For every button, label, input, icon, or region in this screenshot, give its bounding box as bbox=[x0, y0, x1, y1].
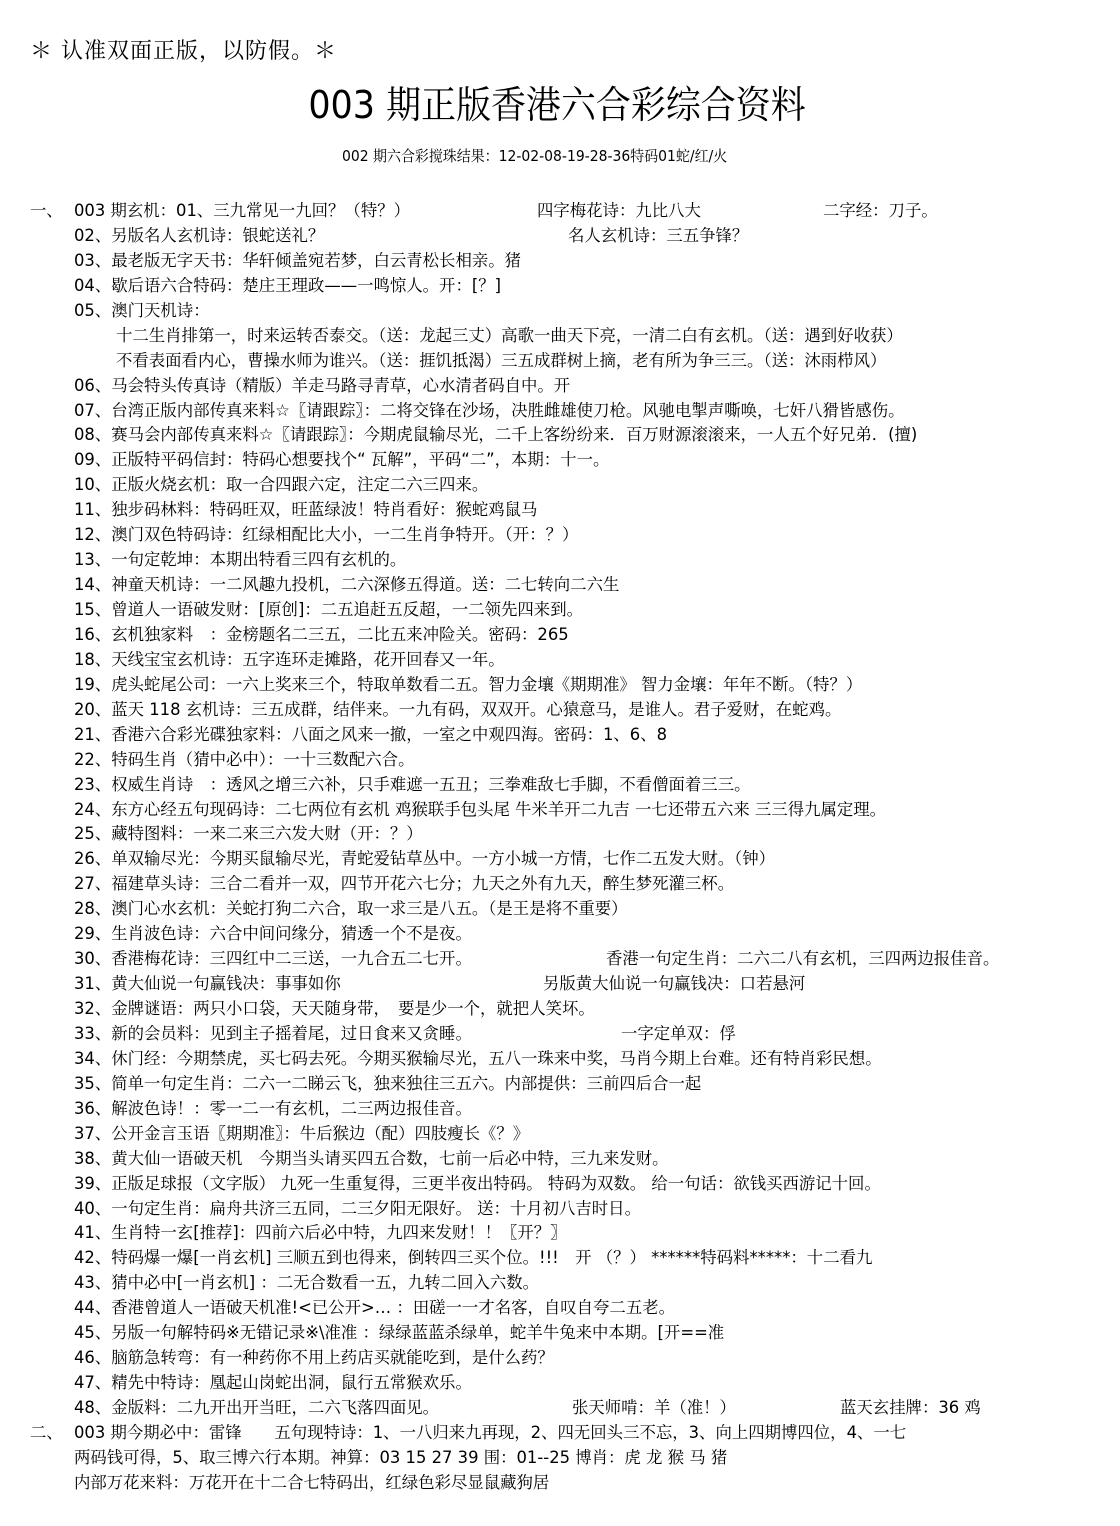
item-text: 26、单双输尽光：今期买鼠输尽光，青蛇爱钻草丛中。一方小城一方情，七作二五发大财… bbox=[74, 847, 775, 872]
list-item: 34、休门经：今期禁虎，买七码去死。今期买猴输尽光，五八一珠来中奖，马肖今期上台… bbox=[0, 1047, 1120, 1072]
list-item: 36、解波色诗！：零一二一有玄机，二三两边报佳音。 bbox=[0, 1097, 1120, 1122]
item-text: 20、蓝天 118 玄机诗：三五成群，结伴来。一九有码，双双开。心猿意马，是谁人… bbox=[74, 698, 841, 723]
list-item: 48、金版料：二九开出开当旺，二六飞落四面见。张天师啃：羊（准！）蓝天玄挂牌：3… bbox=[0, 1396, 1120, 1421]
item-text: 42、特码爆一爆[一肖玄机] 三顺五到也得来，倒转四三买个位。!!! 开 （？）… bbox=[74, 1246, 872, 1271]
list-item: 42、特码爆一爆[一肖玄机] 三顺五到也得来，倒转四三买个位。!!! 开 （？）… bbox=[0, 1246, 1120, 1271]
item-text: 36、解波色诗！：零一二一有玄机，二三两边报佳音。 bbox=[74, 1097, 472, 1122]
item-text: 45、另版一句解特码※无错记录※\准准 ：绿绿蓝蓝杀绿单，蛇羊牛兔来中本期。[开… bbox=[74, 1321, 724, 1346]
item-text: 32、金牌谜语：两只小口袋，天天随身带， 要是少一个，就把人笑坏。 bbox=[74, 997, 595, 1022]
list-item: 09、正版特平码信封：特码心想要找个“ 瓦解”，平码“二”，本期：十一。 bbox=[0, 448, 1120, 473]
list-item: 45、另版一句解特码※无错记录※\准准 ：绿绿蓝蓝杀绿单，蛇羊牛兔来中本期。[开… bbox=[0, 1321, 1120, 1346]
list-item: 11、独步码林料：特码旺双，旺蓝绿波！特肖看好：猴蛇鸡鼠马 bbox=[0, 498, 1120, 523]
item-text: 46、脑筋急转弯：有一种药你不用上药店买就能吃到，是什么药？ bbox=[74, 1346, 554, 1371]
list-item: 31、黄大仙说一句赢钱决：事事如你另版黄大仙说一句赢钱决：口若悬河 bbox=[0, 972, 1120, 997]
list-item: 23、权威生肖诗 ：透风之增三六补，只手难遮一五丑；三拳难敌七手脚，不看僧面着三… bbox=[0, 773, 1120, 798]
list-item: 41、生肖特一玄[推荐]：四前六后必中特，九四来发财！！〖开？〗 bbox=[0, 1221, 1120, 1246]
list-item: 28、澳门心水玄机：关蛇打狗二六合，取一求三是八五。（是王是将不重要） bbox=[0, 897, 1120, 922]
item-text: 41、生肖特一玄[推荐]：四前六后必中特，九四来发财！！〖开？〗 bbox=[74, 1221, 567, 1246]
section2-text: 内部万花来料：万花开在十二合七特码出，红绿色彩尽显鼠藏狗居 bbox=[74, 1471, 549, 1496]
list-item: 08、赛马会内部传真来料☆〖请跟踪〗：今期虎鼠输尽光，二千上客纷纷来．百万财源滚… bbox=[0, 423, 1120, 448]
list-item: 12、澳门双色特码诗：红绿相配比大小，一二生肖争特开。（开：？） bbox=[0, 523, 1120, 548]
list-item: 20、蓝天 118 玄机诗：三五成群，结伴来。一九有码，双双开。心猿意马，是谁人… bbox=[0, 698, 1120, 723]
section1-prefix: 一、 bbox=[30, 199, 63, 224]
item-text: 11、独步码林料：特码旺双，旺蓝绿波！特肖看好：猴蛇鸡鼠马 bbox=[74, 498, 537, 523]
section2-line: 两码钱可得，5、取三博六行本期。神算：03 15 27 39 围：01--25 … bbox=[0, 1446, 1120, 1471]
item-text: 18、天线宝宝玄机诗：五字连环走摊路，花开回春又一年。 bbox=[74, 648, 505, 673]
item-extra: 蓝天玄挂牌：36 鸡 bbox=[840, 1396, 981, 1421]
item-text: 47、精先中特诗：凰起山岗蛇出洞，鼠行五常猴欢乐。 bbox=[74, 1371, 472, 1396]
item-text: 27、福建草头诗：三合二看并一双，四节开花六七分；九天之外有九天，醉生梦死灌三杯… bbox=[74, 872, 734, 897]
list-item: 40、一句定生肖：扁舟共济三五同，二三夕阳无限好。 送：十月初八吉时日。 bbox=[0, 1197, 1120, 1222]
item-extra: 张天师啃：羊（准！） bbox=[572, 1396, 736, 1421]
item-text: 07、台湾正版内部传真来料☆〖请跟踪〗：二将交锋在沙场，决胜雌雄使刀枪。风驰电掣… bbox=[74, 399, 905, 424]
list-item: 04、歇后语六合特码：楚庄王理政——一鸣惊人。开：[？] bbox=[0, 274, 1120, 299]
item-text: 14、神童天机诗：一二风趣九投机，二六深修五得道。送：二七转向二六生 bbox=[74, 573, 619, 598]
list-item: 26、单双输尽光：今期买鼠输尽光，青蛇爱钻草丛中。一方小城一方情，七作二五发大财… bbox=[0, 847, 1120, 872]
list-item: 35、简单一句定生肖：二六一二睇云飞，独来独往三五六。内部提供：三前四后合一起 bbox=[0, 1072, 1120, 1097]
list-item: 03、最老版无字天书：华轩倾盖宛若梦，白云青松长相亲。猪 bbox=[0, 249, 1120, 274]
item-text: 03、最老版无字天书：华轩倾盖宛若梦，白云青松长相亲。猪 bbox=[74, 249, 521, 274]
item-text: 16、玄机独家料 ：金榜题名二三五，二比五来冲险关。密码：265 bbox=[74, 623, 569, 648]
item-extra: 名人玄机诗：三五争锋？ bbox=[568, 224, 748, 249]
list-item: 43、猜中必中[一肖玄机] ：二无合数看一五，九转二回入六数。 bbox=[0, 1271, 1120, 1296]
list-item: 47、精先中特诗：凰起山岗蛇出洞，鼠行五常猴欢乐。 bbox=[0, 1371, 1120, 1396]
list-item: 02、另版名人玄机诗：银蛇送礼？名人玄机诗：三五争锋？ bbox=[0, 224, 1120, 249]
item-text: 24、东方心经五句现码诗：二七两位有玄机 鸡猴联手包头尾 牛米羊开二九吉 一七还… bbox=[74, 798, 886, 823]
list-item: 13、一句定乾坤：本期出特看三四有玄机的。 bbox=[0, 548, 1120, 573]
item-text: 48、金版料：二九开出开当旺，二六飞落四面见。 bbox=[74, 1396, 439, 1421]
section2-line: 二、 003 期今期必中：雷锋 五句现特诗：1、一八归来九再现，2、四无回头三不… bbox=[0, 1421, 1120, 1446]
section1-first-line: 一、 003 期玄机：01、三九常见一九回？（特？） 四字梅花诗：九比八大 二字… bbox=[0, 199, 1120, 224]
section2-line: 内部万花来料：万花开在十二合七特码出，红绿色彩尽显鼠藏狗居 bbox=[0, 1471, 1120, 1496]
section1-items: 02、另版名人玄机诗：银蛇送礼？名人玄机诗：三五争锋？03、最老版无字天书：华轩… bbox=[0, 224, 1120, 1421]
section2-text: 003 期今期必中：雷锋 五句现特诗：1、一八归来九再现，2、四无回头三不忘，3… bbox=[74, 1421, 906, 1446]
item-text: 23、权威生肖诗 ：透风之增三六补，只手难遮一五丑；三拳难敌七手脚，不看僧面着三… bbox=[74, 773, 750, 798]
item-text: 35、简单一句定生肖：二六一二睇云飞，独来独往三五六。内部提供：三前四后合一起 bbox=[74, 1072, 701, 1097]
item-text: 15、曾道人一语破发财：[原创]：二五追赶五反超，一二领先四来到。 bbox=[74, 598, 583, 623]
page-title: 003 期正版香港六合彩综合资料 bbox=[42, 74, 1072, 129]
list-item: 21、香港六合彩光碟独家料：八面之风来一撤，一室之中观四海。密码：1、6、8 bbox=[0, 723, 1120, 748]
item-text: 02、另版名人玄机诗：银蛇送礼？ bbox=[74, 224, 324, 249]
last-draw-result: 002 期六合彩搅珠结果：12-02-08-19-28-36特码01蛇/红/火 bbox=[342, 145, 727, 166]
item-text: 不看表面看内心，曹操水师为谁兴。（送：捱饥抵渴）三五成群树上摘，老有所为争三三。… bbox=[116, 349, 886, 374]
item-text: 13、一句定乾坤：本期出特看三四有玄机的。 bbox=[74, 548, 406, 573]
item-text: 34、休门经：今期禁虎，买七码去死。今期买猴输尽光，五八一珠来中奖，马肖今期上台… bbox=[74, 1047, 882, 1072]
list-item: 14、神童天机诗：一二风趣九投机，二六深修五得道。送：二七转向二六生 bbox=[0, 573, 1120, 598]
item-text: 37、公开金言玉语〖期期准〗：牛后猴边（配）四肢瘦长《？》 bbox=[74, 1122, 529, 1147]
list-item: 37、公开金言玉语〖期期准〗：牛后猴边（配）四肢瘦长《？》 bbox=[0, 1122, 1120, 1147]
item-text: 22、特码生肖（猜中必中）：一十三数配六合。 bbox=[74, 748, 414, 773]
list-item: 44、香港曾道人一语破天机准!<已公开>… ：田磋一一才名客，自叹自夸二五老。 bbox=[0, 1296, 1120, 1321]
section2-text: 两码钱可得，5、取三博六行本期。神算：03 15 27 39 围：01--25 … bbox=[74, 1446, 727, 1471]
item-extra: 另版黄大仙说一句赢钱决：口若悬河 bbox=[543, 972, 805, 997]
list-item: 10、正版火烧玄机：取一合四跟六定，注定二六三四来。 bbox=[0, 473, 1120, 498]
list-item: 15、曾道人一语破发财：[原创]：二五追赶五反超，一二领先四来到。 bbox=[0, 598, 1120, 623]
list-item: 06、马会特头传真诗（精版）羊走马路寻青草，心水清者码自中。开 bbox=[0, 374, 1120, 399]
list-item: 39、正版足球报（文字版） 九死一生重复得，三更半夜出特码。 特码为双数。 给一… bbox=[0, 1172, 1120, 1197]
anti-counterfeit-notice: ＊ 认准双面正版，以防假。＊ bbox=[30, 34, 337, 65]
item-extra: 四字梅花诗：九比八大 bbox=[537, 199, 701, 224]
list-item: 十二生肖排第一，时来运转否泰交。（送：龙起三丈）高歌一曲天下亮，一清二白有玄机。… bbox=[0, 324, 1120, 349]
list-item: 07、台湾正版内部传真来料☆〖请跟踪〗：二将交锋在沙场，决胜雌雄使刀枪。风驰电掣… bbox=[0, 399, 1120, 424]
item-text: 003 期玄机：01、三九常见一九回？（特？） bbox=[74, 199, 410, 224]
section2-prefix: 二、 bbox=[30, 1421, 63, 1446]
item-text: 08、赛马会内部传真来料☆〖请跟踪〗：今期虎鼠输尽光，二千上客纷纷来．百万财源滚… bbox=[74, 423, 917, 448]
list-item: 46、脑筋急转弯：有一种药你不用上药店买就能吃到，是什么药？ bbox=[0, 1346, 1120, 1371]
list-item: 24、东方心经五句现码诗：二七两位有玄机 鸡猴联手包头尾 牛米羊开二九吉 一七还… bbox=[0, 798, 1120, 823]
item-text: 28、澳门心水玄机：关蛇打狗二六合，取一求三是八五。（是王是将不重要） bbox=[74, 897, 628, 922]
list-item: 19、虎头蛇尾公司：一六上奖来三个，特取单数看二五。智力金壤《期期准》 智力金壤… bbox=[0, 673, 1120, 698]
item-text: 06、马会特头传真诗（精版）羊走马路寻青草，心水清者码自中。开 bbox=[74, 374, 570, 399]
list-item: 32、金牌谜语：两只小口袋，天天随身带， 要是少一个，就把人笑坏。 bbox=[0, 997, 1120, 1022]
list-item: 29、生肖波色诗：六合中间问缘分，猜透一个不是夜。 bbox=[0, 922, 1120, 947]
item-text: 12、澳门双色特码诗：红绿相配比大小，一二生肖争特开。（开：？） bbox=[74, 523, 578, 548]
list-item: 18、天线宝宝玄机诗：五字连环走摊路，花开回春又一年。 bbox=[0, 648, 1120, 673]
item-text: 09、正版特平码信封：特码心想要找个“ 瓦解”，平码“二”，本期：十一。 bbox=[74, 448, 609, 473]
list-item: 27、福建草头诗：三合二看并一双，四节开花六七分；九天之外有九天，醉生梦死灌三杯… bbox=[0, 872, 1120, 897]
item-text: 33、新的会员料：见到主子摇着尾，过日食来又贪睡。 bbox=[74, 1022, 472, 1047]
item-text: 40、一句定生肖：扁舟共济三五同，二三夕阳无限好。 送：十月初八吉时日。 bbox=[74, 1197, 641, 1222]
content-body: 一、 003 期玄机：01、三九常见一九回？（特？） 四字梅花诗：九比八大 二字… bbox=[0, 199, 1120, 1496]
list-item: 22、特码生肖（猜中必中）：一十三数配六合。 bbox=[0, 748, 1120, 773]
item-extra: 二字经：刀子。 bbox=[823, 199, 938, 224]
item-text: 10、正版火烧玄机：取一合四跟六定，注定二六三四来。 bbox=[74, 473, 488, 498]
item-text: 29、生肖波色诗：六合中间问缘分，猜透一个不是夜。 bbox=[74, 922, 472, 947]
item-text: 21、香港六合彩光碟独家料：八面之风来一撤，一室之中观四海。密码：1、6、8 bbox=[74, 723, 667, 748]
list-item: 30、香港梅花诗：三四红中二三送，一九合五二七开。香港一句定生肖：二六二八有玄机… bbox=[0, 947, 1120, 972]
list-item: 05、澳门天机诗： bbox=[0, 299, 1120, 324]
list-item: 38、黄大仙一语破天机 今期当头请买四五合数，七前一后必中特，三九来发财。 bbox=[0, 1147, 1120, 1172]
item-text: 44、香港曾道人一语破天机准!<已公开>… ：田磋一一才名客，自叹自夸二五老。 bbox=[74, 1296, 675, 1321]
item-text: 31、黄大仙说一句赢钱决：事事如你 bbox=[74, 972, 341, 997]
item-text: 19、虎头蛇尾公司：一六上奖来三个，特取单数看二五。智力金壤《期期准》 智力金壤… bbox=[74, 673, 862, 698]
item-text: 30、香港梅花诗：三四红中二三送，一九合五二七开。 bbox=[74, 947, 472, 972]
item-text: 43、猜中必中[一肖玄机] ：二无合数看一五，九转二回入六数。 bbox=[74, 1271, 539, 1296]
item-text: 十二生肖排第一，时来运转否泰交。（送：龙起三丈）高歌一曲天下亮，一清二白有玄机。… bbox=[116, 324, 903, 349]
item-text: 25、藏特图料：一来二来三六发大财（开：？） bbox=[74, 822, 423, 847]
item-text: 38、黄大仙一语破天机 今期当头请买四五合数，七前一后必中特，三九来发财。 bbox=[74, 1147, 669, 1172]
item-text: 05、澳门天机诗： bbox=[74, 299, 210, 324]
list-item: 不看表面看内心，曹操水师为谁兴。（送：捱饥抵渴）三五成群树上摘，老有所为争三三。… bbox=[0, 349, 1120, 374]
list-item: 25、藏特图料：一来二来三六发大财（开：？） bbox=[0, 822, 1120, 847]
item-extra: 香港一句定生肖：二六二八有玄机，三四两边报佳音。 bbox=[606, 947, 999, 972]
item-text: 04、歇后语六合特码：楚庄王理政——一鸣惊人。开：[？] bbox=[74, 274, 501, 299]
list-item: 16、玄机独家料 ：金榜题名二三五，二比五来冲险关。密码：265 bbox=[0, 623, 1120, 648]
item-extra: 一字定单双：俘 bbox=[621, 1022, 736, 1047]
list-item: 33、新的会员料：见到主子摇着尾，过日食来又贪睡。一字定单双：俘 bbox=[0, 1022, 1120, 1047]
item-text: 39、正版足球报（文字版） 九死一生重复得，三更半夜出特码。 特码为双数。 给一… bbox=[74, 1172, 881, 1197]
